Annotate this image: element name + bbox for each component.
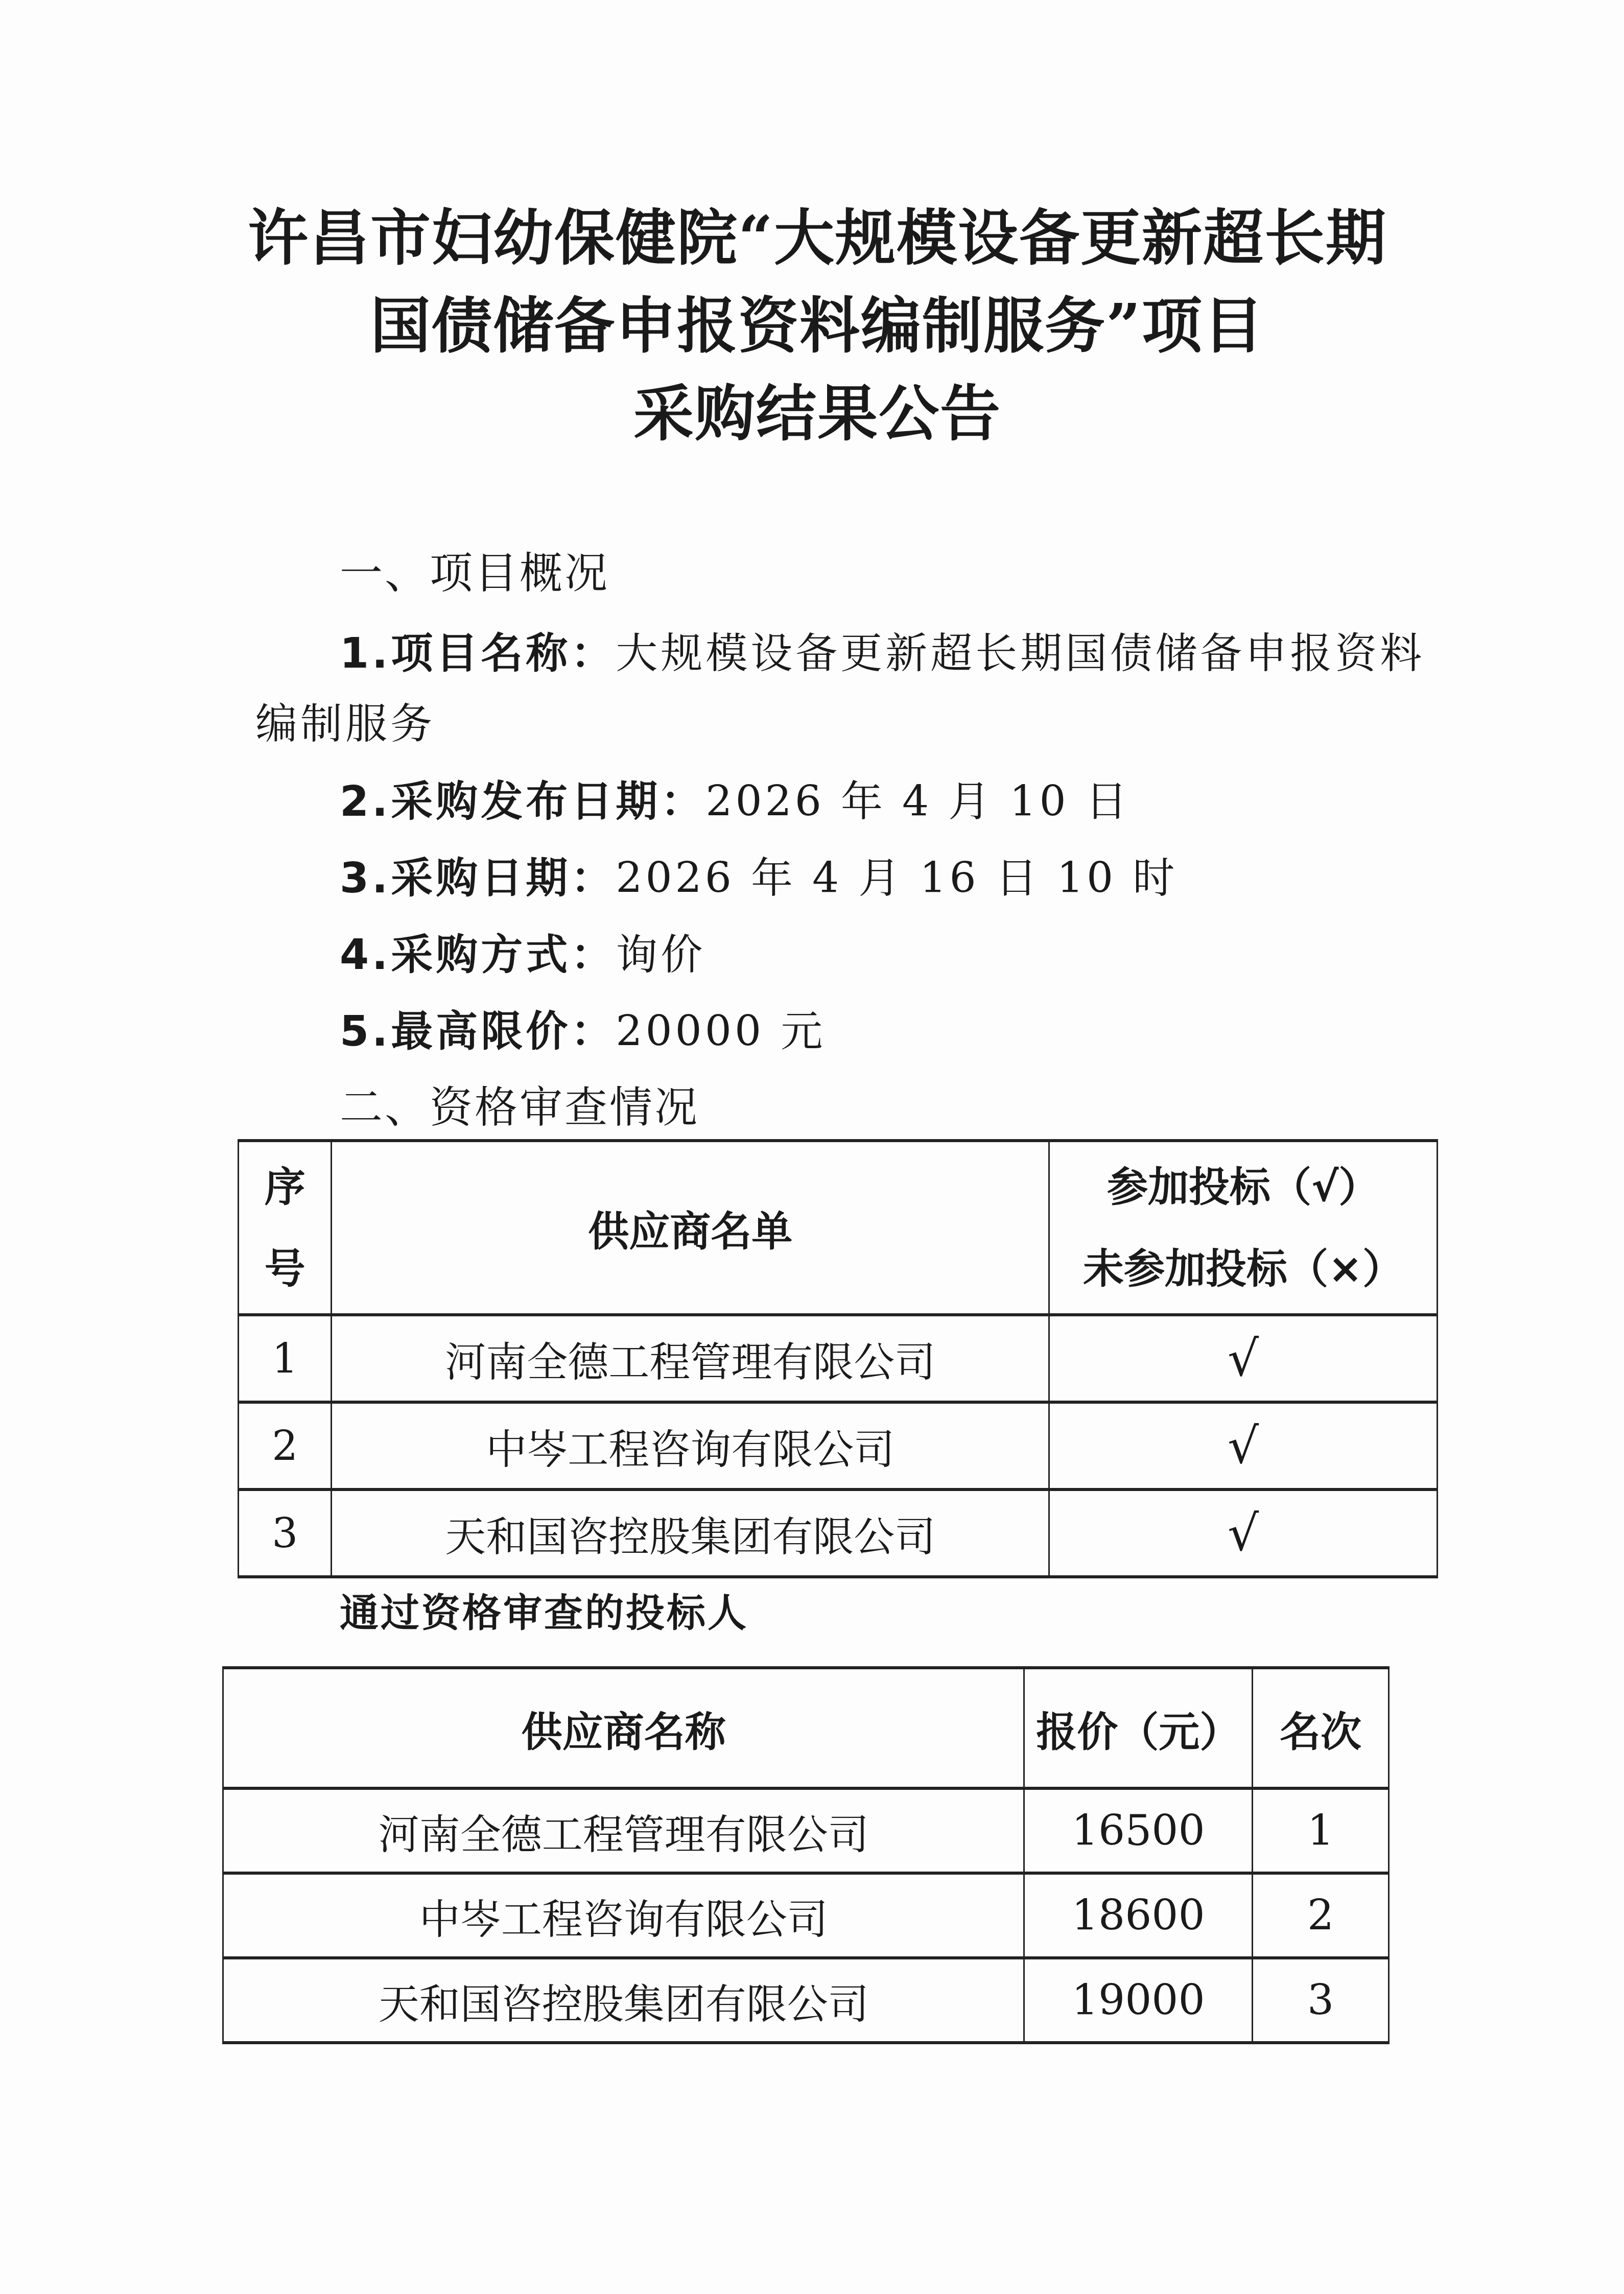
item-value: 20000 元 (616, 1007, 826, 1056)
document-title: 许昌市妇幼保健院“大规模设备更新超长期 国债储备申报资料编制服务”项目 采购结果… (204, 194, 1430, 458)
section-heading-overview: 一、项目概况 (340, 548, 609, 599)
cell-supplier-name: 天和国咨控股集团有限公司 (332, 1489, 1049, 1577)
item-max-price: 5.最高限价：20000 元 (340, 1006, 826, 1057)
cell-supplier-name: 中岑工程咨询有限公司 (223, 1873, 1024, 1958)
item-value: 2026 年 4 月 10 日 (705, 777, 1131, 826)
cell-rank: 1 (1253, 1788, 1389, 1873)
table-row: 2 中岑工程咨询有限公司 √ (239, 1402, 1438, 1489)
column-header-no: 序 号 (239, 1141, 332, 1315)
column-header-supplier-name: 供应商名称 (223, 1668, 1024, 1788)
item-label: 5.最高限价： (340, 1007, 616, 1056)
item-value: 询价 (616, 931, 705, 979)
qualified-bidders-table: 供应商名称 报价（元） 名次 河南全德工程管理有限公司 16500 1 中岑工程… (222, 1666, 1390, 2044)
cell-supplier-name: 河南全德工程管理有限公司 (223, 1788, 1024, 1873)
check-icon: √ (1049, 1489, 1438, 1577)
item-procurement-method: 4.采购方式：询价 (340, 930, 705, 981)
item-label: 2.采购发布日期： (340, 777, 705, 826)
item-procurement-date: 3.采购日期：2026 年 4 月 16 日 10 时 (340, 853, 1178, 904)
title-line-3: 采购结果公告 (204, 370, 1430, 458)
cell-rank: 3 (1253, 1958, 1389, 2043)
cell-price: 18600 (1024, 1873, 1253, 1958)
cell-no: 3 (239, 1489, 332, 1577)
cell-price: 19000 (1024, 1958, 1253, 2043)
item-value: 2026 年 4 月 16 日 10 时 (616, 854, 1178, 903)
qualified-bidders-heading: 通过资格审查的投标人 (340, 1588, 748, 1639)
title-line-1: 许昌市妇幼保健院“大规模设备更新超长期 (204, 194, 1430, 282)
item-publish-date: 2.采购发布日期：2026 年 4 月 10 日 (340, 776, 1131, 827)
item-project-name: 1.项目名称：大规模设备更新超长期国债储备申报资料 (340, 628, 1425, 679)
table-row: 中岑工程咨询有限公司 18600 2 (223, 1873, 1389, 1958)
cell-price: 16500 (1024, 1788, 1253, 1873)
table-row: 1 河南全德工程管理有限公司 √ (239, 1315, 1438, 1402)
table-header-row: 序 号 供应商名单 参加投标（√） 未参加投标（×） (239, 1141, 1438, 1315)
check-icon: √ (1049, 1402, 1438, 1489)
check-icon: √ (1049, 1315, 1438, 1402)
title-line-2: 国债储备申报资料编制服务”项目 (204, 282, 1430, 370)
item-label: 1.项目名称： (340, 629, 616, 678)
column-header-price: 报价（元） (1024, 1668, 1253, 1788)
column-header-bid-participation: 参加投标（√） 未参加投标（×） (1049, 1141, 1438, 1315)
column-header-rank: 名次 (1253, 1668, 1389, 1788)
document-page: 许昌市妇幼保健院“大规模设备更新超长期 国债储备申报资料编制服务”项目 采购结果… (0, 0, 1624, 2294)
item-label: 3.采购日期： (340, 854, 616, 903)
cell-supplier-name: 中岑工程咨询有限公司 (332, 1402, 1049, 1489)
cell-supplier-name: 河南全德工程管理有限公司 (332, 1315, 1049, 1402)
supplier-list-table: 序 号 供应商名单 参加投标（√） 未参加投标（×） 1 河南全德工程管理有限公… (238, 1139, 1438, 1578)
cell-rank: 2 (1253, 1873, 1389, 1958)
column-header-supplier-list: 供应商名单 (332, 1141, 1049, 1315)
item-project-name-continuation: 编制服务 (255, 699, 435, 750)
item-label: 4.采购方式： (340, 931, 616, 979)
cell-no: 2 (239, 1402, 332, 1489)
table-row: 天和国咨控股集团有限公司 19000 3 (223, 1958, 1389, 2043)
cell-supplier-name: 天和国咨控股集团有限公司 (223, 1958, 1024, 2043)
cell-no: 1 (239, 1315, 332, 1402)
table-row: 河南全德工程管理有限公司 16500 1 (223, 1788, 1389, 1873)
table-row: 3 天和国咨控股集团有限公司 √ (239, 1489, 1438, 1577)
item-value: 大规模设备更新超长期国债储备申报资料 (616, 629, 1425, 678)
section-heading-qualification: 二、资格审查情况 (340, 1082, 699, 1133)
table-header-row: 供应商名称 报价（元） 名次 (223, 1668, 1389, 1788)
